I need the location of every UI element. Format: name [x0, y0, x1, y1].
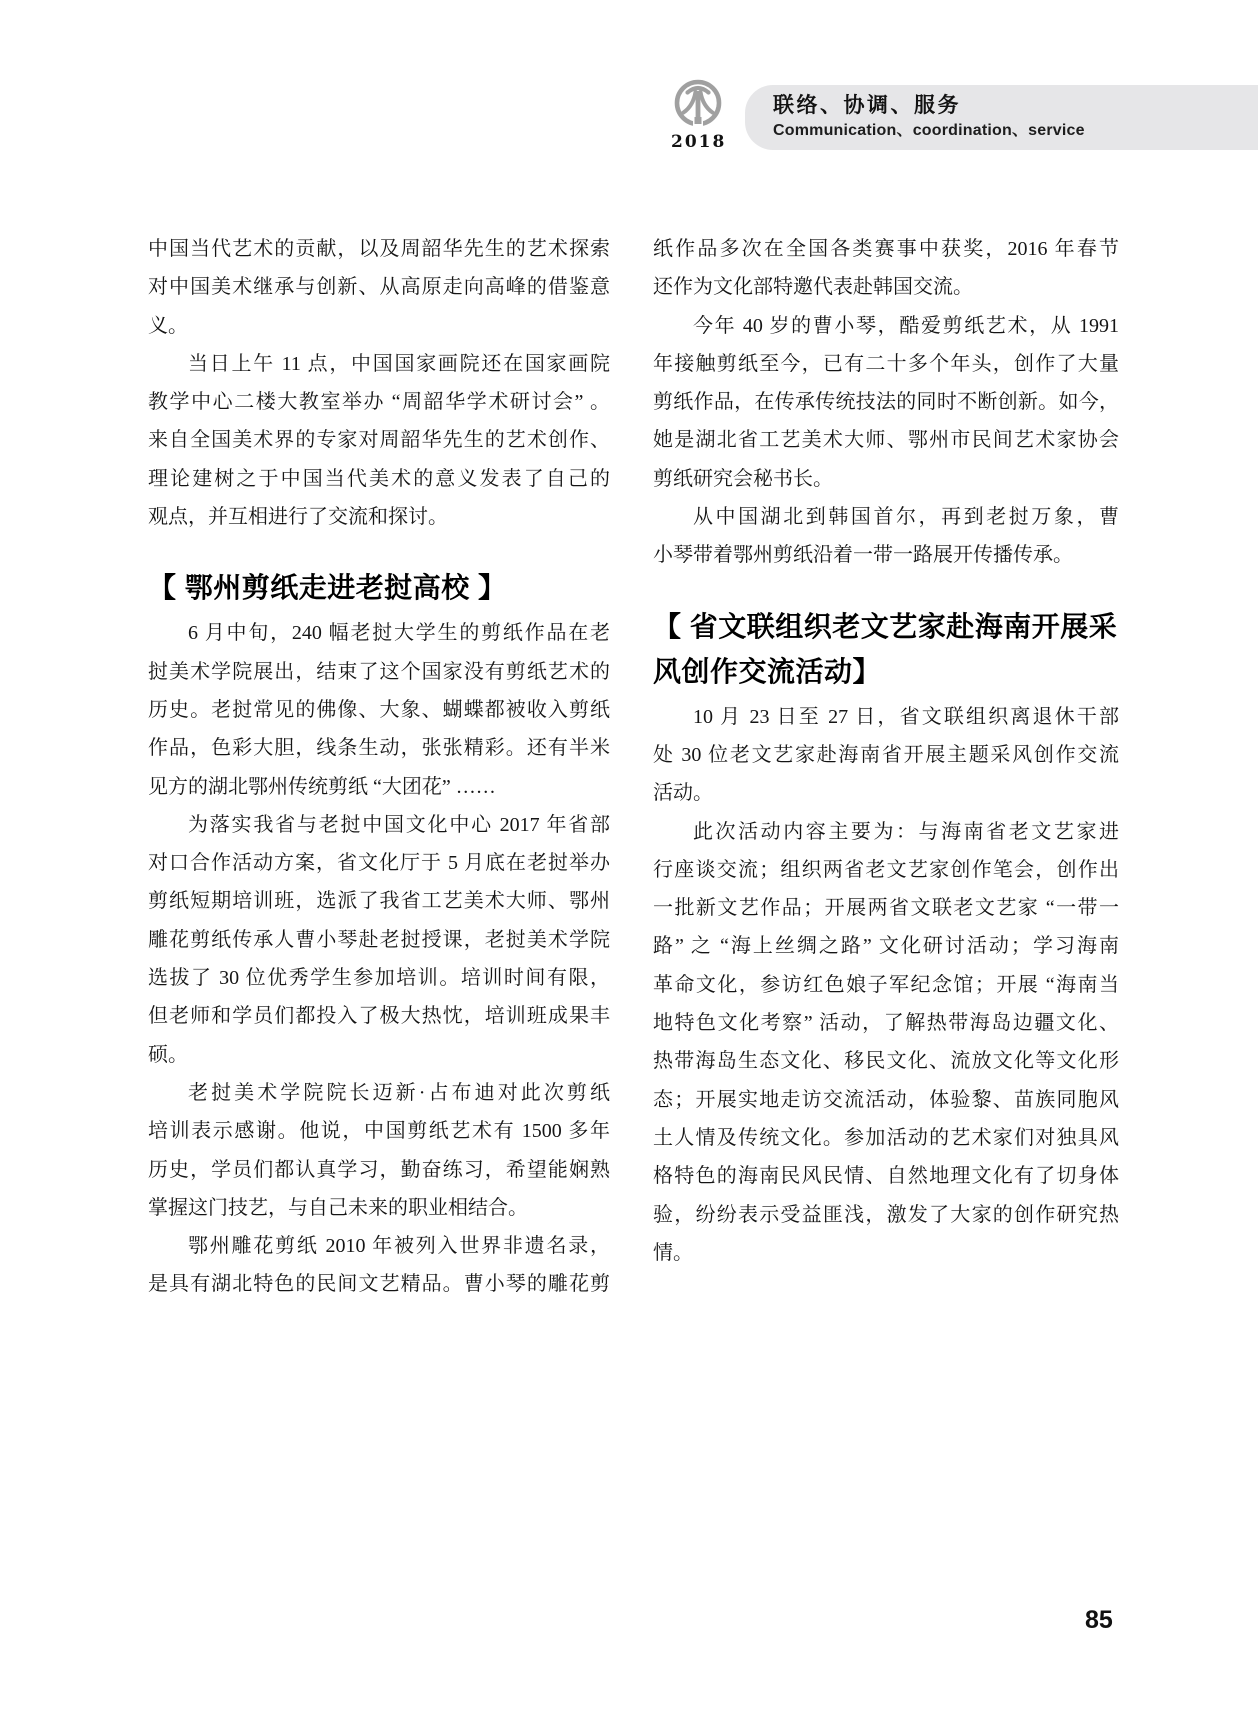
wenlian-emblem-icon — [671, 78, 725, 128]
body-text-line: 来自全国美术界的专家对周韶华先生的艺术创作、 — [148, 421, 610, 459]
section-heading: 【 省文联组织老文艺家赴海南开展采风创作交流活动】 — [653, 604, 1119, 694]
body-text-line: 地特色文化考察” 活动，了解热带海岛边疆文化、 — [653, 1004, 1119, 1042]
section-heading: 【 鄂州剪纸走进老挝高校 】 — [148, 565, 610, 610]
body-text-line: 还作为文化部特邀代表赴韩国交流。 — [653, 268, 1119, 306]
body-text-line: 观点，并互相进行了交流和探讨。 — [148, 498, 610, 536]
left-column: 中国当代艺术的贡献，以及周韶华先生的艺术探索对中国美术继承与创新、从高原走向高峰… — [148, 230, 610, 1304]
body-text-line: 剪纸短期培训班，选派了我省工艺美术大师、鄂州 — [148, 882, 610, 920]
body-text-line: 剪纸研究会秘书长。 — [653, 460, 1119, 498]
body-text-line: 是具有湖北特色的民间文艺精品。曹小琴的雕花剪 — [148, 1265, 610, 1303]
body-text-line: 小琴带着鄂州剪纸沿着一带一路展开传播传承。 — [653, 536, 1119, 574]
body-text-line: 雕花剪纸传承人曹小琴赴老挝授课，老挝美术学院 — [148, 921, 610, 959]
section-heading-line: 【 省文联组织老文艺家赴海南开展采 — [653, 604, 1119, 649]
body-text-line: 当日上午 11 点，中国国家画院还在国家画院 — [148, 345, 610, 383]
body-text-line: 为落实我省与老挝中国文化中心 2017 年省部 — [148, 806, 610, 844]
body-text-line: 验，纷纷表示受益匪浅，激发了大家的创作研究热 — [653, 1196, 1119, 1234]
body-text-line: 鄂州雕花剪纸 2010 年被列入世界非遗名录， — [148, 1227, 610, 1265]
body-text-line: 从中国湖北到韩国首尔，再到老挝万象，曹 — [653, 498, 1119, 536]
body-text-line: 土人情及传统文化。参加活动的艺术家们对独具风 — [653, 1119, 1119, 1157]
body-text-line: 硕。 — [148, 1036, 610, 1074]
body-text-line: 10 月 23 日至 27 日，省文联组织离退休干部 — [653, 698, 1119, 736]
body-text-line: 今年 40 岁的曹小琴，酷爱剪纸艺术，从 1991 — [653, 307, 1119, 345]
body-text-line: 但老师和学员们都投入了极大热忱，培训班成果丰 — [148, 997, 610, 1035]
body-text-line: 教学中心二楼大教室举办 “周韶华学术研讨会” 。 — [148, 383, 610, 421]
body-text-line: 处 30 位老文艺家赴海南省开展主题采风创作交流 — [653, 736, 1119, 774]
body-text-line: 掌握这门技艺，与自己未来的职业相结合。 — [148, 1189, 610, 1227]
section-heading-line: 风创作交流活动】 — [653, 649, 1119, 694]
body-text-line: 剪纸作品，在传承传统技法的同时不断创新。如今， — [653, 383, 1119, 421]
body-text-line: 行座谈交流；组织两省老文艺家创作笔会，创作出 — [653, 851, 1119, 889]
banner-title-zh: 联络、协调、服务 — [773, 93, 1258, 119]
section-heading-line: 【 鄂州剪纸走进老挝高校 】 — [148, 565, 610, 610]
body-text-line: 培训表示感谢。他说，中国剪纸艺术有 1500 多年 — [148, 1112, 610, 1150]
body-text-line: 纸作品多次在全国各类赛事中获奖，2016 年春节 — [653, 230, 1119, 268]
body-text-line: 活动。 — [653, 774, 1119, 812]
header-banner: 联络、协调、服务 Communication、coordination、serv… — [745, 85, 1258, 150]
body-text-line: 义。 — [148, 307, 610, 345]
body-text-line: 中国当代艺术的贡献，以及周韶华先生的艺术探索 — [148, 230, 610, 268]
body-text-line: 挝美术学院展出，结束了这个国家没有剪纸艺术的 — [148, 653, 610, 691]
body-text-line: 情。 — [653, 1234, 1119, 1272]
body-text-line: 历史，学员们都认真学习，勤奋练习，希望能娴熟 — [148, 1151, 610, 1189]
body-text-line: 一批新文艺作品；开展两省文联老文艺家 “一带一 — [653, 889, 1119, 927]
body-text-line: 老挝美术学院院长迈新·占布迪对此次剪纸 — [148, 1074, 610, 1112]
body-text-line: 革命文化，参访红色娘子军纪念馆；开展 “海南当 — [653, 966, 1119, 1004]
body-text-line: 见方的湖北鄂州传统剪纸 “大团花” …… — [148, 768, 610, 806]
yearbook-page: 2018 联络、协调、服务 Communication、coordination… — [0, 0, 1258, 1719]
body-text-line: 态；开展实地走访交流活动，体验黎、苗族同胞风 — [653, 1081, 1119, 1119]
body-text-line: 6 月中旬，240 幅老挝大学生的剪纸作品在老 — [148, 614, 610, 652]
body-text-line: 路” 之 “海上丝绸之路” 文化研讨活动；学习海南 — [653, 927, 1119, 965]
body-text-line: 她是湖北省工艺美术大师、鄂州市民间艺术家协会 — [653, 421, 1119, 459]
body-text-line: 选拔了 30 位优秀学生参加培训。培训时间有限， — [148, 959, 610, 997]
body-text-line: 历史。老挝常见的佛像、大象、蝴蝶都被收入剪纸 — [148, 691, 610, 729]
body-text-line: 热带海岛生态文化、移民文化、流放文化等文化形 — [653, 1042, 1119, 1080]
logo-block: 2018 — [671, 78, 725, 152]
body-text-line: 理论建树之于中国当代美术的意义发表了自己的 — [148, 460, 610, 498]
body-text-line: 格特色的海南民风民情、自然地理文化有了切身体 — [653, 1157, 1119, 1195]
banner-title-en: Communication、coordination、service — [773, 119, 1258, 142]
body-text-line: 对中国美术继承与创新、从高原走向高峰的借鉴意 — [148, 268, 610, 306]
body-text-line: 年接触剪纸至今，已有二十多个年头，创作了大量 — [653, 345, 1119, 383]
page-number: 85 — [1085, 1606, 1113, 1635]
logo-year: 2018 — [671, 132, 725, 152]
right-column: 纸作品多次在全国各类赛事中获奖，2016 年春节还作为文化部特邀代表赴韩国交流。… — [653, 230, 1119, 1272]
body-text-line: 对口合作活动方案，省文化厅于 5 月底在老挝举办 — [148, 844, 610, 882]
body-text-line: 作品，色彩大胆，线条生动，张张精彩。还有半米 — [148, 729, 610, 767]
body-text-line: 此次活动内容主要为：与海南省老文艺家进 — [653, 813, 1119, 851]
